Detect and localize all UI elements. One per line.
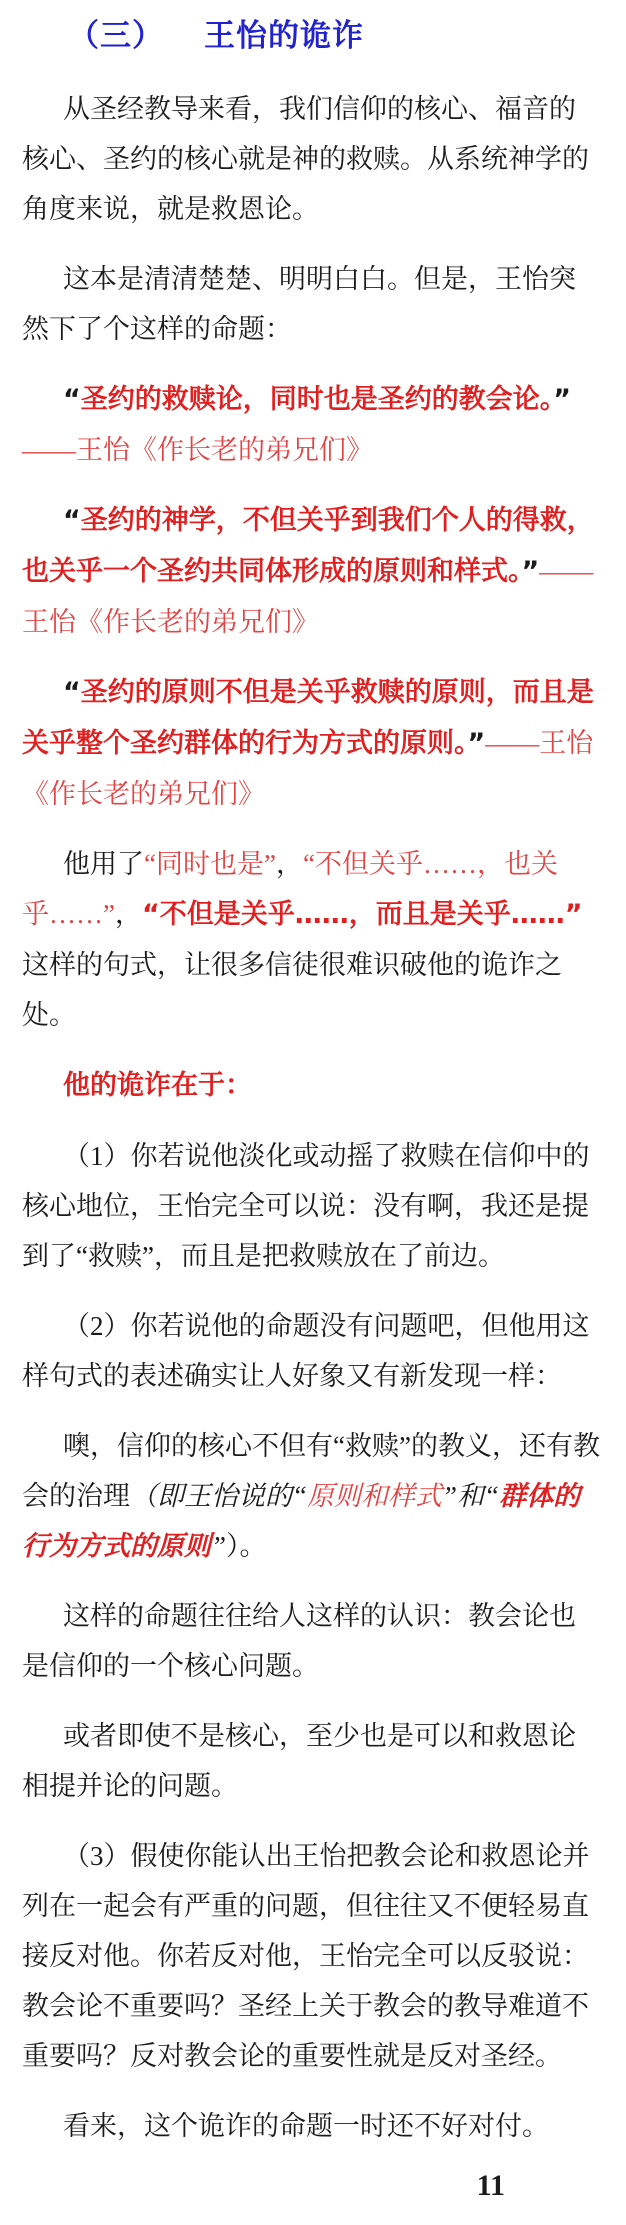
text-run: 这样的句式，让很多信徒很难识破他的诡诈之处。 [22, 950, 562, 1030]
paragraph: 噢，信仰的核心不但有“救赎”的教义，还有教会的治理（即王怡说的“原则和样式”和“… [22, 1421, 600, 1571]
paragraph: （1）你若说他淡化或动摇了救赎在信仰中的核心地位，王怡完全可以说：没有啊，我还是… [22, 1131, 600, 1281]
paragraph: （2）你若说他的命题没有问题吧，但他用这样句式的表述确实让人好象又有新发现一样： [22, 1301, 600, 1401]
emphasis-run: “不但是关乎……，而且是关乎……” [142, 899, 583, 930]
text-run: （1）你若说他淡化或动摇了救赎在信仰中的核心地位，王怡完全可以说：没有啊，我还是… [22, 1141, 590, 1271]
text-run: 从圣经教导来看，我们信仰的核心、福音的核心、圣约的核心就是神的救赎。从系统神学的… [22, 94, 589, 224]
paragraph: “圣约的原则不但是关乎救赎的原则，而且是关乎整个圣约群体的行为方式的原则。”——… [22, 667, 600, 819]
emphasis-run: 原则和样式 [307, 1481, 442, 1511]
page-title: （三）王怡的诡诈 [68, 14, 600, 58]
text-run: ， [115, 899, 142, 929]
text-run: （3）假使你能认出王怡把教会论和救恩论并列在一起会有严重的问题，但往往又不便轻易… [22, 1841, 590, 2071]
text-run: 这样的命题往往给人这样的认识：教会论也是信仰的一个核心问题。 [22, 1601, 576, 1681]
text-run: （即王怡说的“ [130, 1481, 307, 1511]
emphasis-run: 圣约的救赎论，同时也是圣约的教会论。 [81, 384, 554, 415]
text-run: ” [522, 556, 540, 587]
text-run: 或者即使不是核心，至少也是可以和救恩论相提并论的问题。 [22, 1721, 576, 1801]
text-run: ”和“ [442, 1481, 499, 1511]
paragraph: 或者即使不是核心，至少也是可以和救恩论相提并论的问题。 [22, 1711, 600, 1811]
text-run: ” [553, 384, 571, 415]
paragraph: 这本是清清楚楚、明明白白。但是，王怡突然下了个这样的命题： [22, 254, 600, 354]
document-page: （三）王怡的诡诈 从圣经教导来看，我们信仰的核心、福音的核心、圣约的核心就是神的… [0, 0, 626, 2225]
text-run: ” [468, 728, 486, 759]
emphasis-run: 圣约的神学，不但关乎到我们个人的得救，也关乎一个圣约共同体形成的原则和样式。 [22, 505, 594, 587]
paragraph: “圣约的神学，不但关乎到我们个人的得救，也关乎一个圣约共同体形成的原则和样式。”… [22, 495, 600, 647]
text-run: 这本是清清楚楚、明明白白。但是，王怡突然下了个这样的命题： [22, 264, 576, 344]
paragraph: “圣约的救赎论，同时也是圣约的教会论。”——王怡《作长老的弟兄们》 [22, 374, 600, 475]
text-run: “ [63, 677, 81, 708]
page-number: 11 [22, 2167, 600, 2205]
text-run: ， [276, 849, 303, 879]
emphasis-run: “同时也是” [144, 849, 276, 879]
paragraph: （3）假使你能认出王怡把教会论和救恩论并列在一起会有严重的问题，但往往又不便轻易… [22, 1831, 600, 2081]
text-run: ）。 [226, 1531, 267, 1561]
paragraph: 他用了“同时也是”，“不但关乎……，也关乎……”，“不但是关乎……，而且是关乎…… [22, 839, 600, 1040]
emphasis-run: ——王怡《作长老的弟兄们》 [22, 435, 373, 465]
text-run: 看来，这个诡诈的命题一时还不好对付。 [63, 2111, 549, 2141]
paragraph: 他的诡诈在于： [22, 1060, 600, 1111]
paragraph: 这样的命题往往给人这样的认识：教会论也是信仰的一个核心问题。 [22, 1591, 600, 1691]
text-run: （2）你若说他的命题没有问题吧，但他用这样句式的表述确实让人好象又有新发现一样： [22, 1311, 590, 1391]
paragraph: 看来，这个诡诈的命题一时还不好对付。 [22, 2101, 600, 2151]
text-run: 他用了 [63, 849, 144, 879]
text-run: ” [211, 1531, 226, 1561]
section-number: （三） [68, 18, 164, 54]
section-title: 王怡的诡诈 [204, 18, 364, 54]
document-body: 从圣经教导来看，我们信仰的核心、福音的核心、圣约的核心就是神的救赎。从系统神学的… [22, 84, 600, 2151]
text-run: “ [63, 384, 81, 415]
text-run: “ [63, 505, 81, 536]
paragraph: 从圣经教导来看，我们信仰的核心、福音的核心、圣约的核心就是神的救赎。从系统神学的… [22, 84, 600, 234]
emphasis-run: 他的诡诈在于： [63, 1070, 252, 1101]
